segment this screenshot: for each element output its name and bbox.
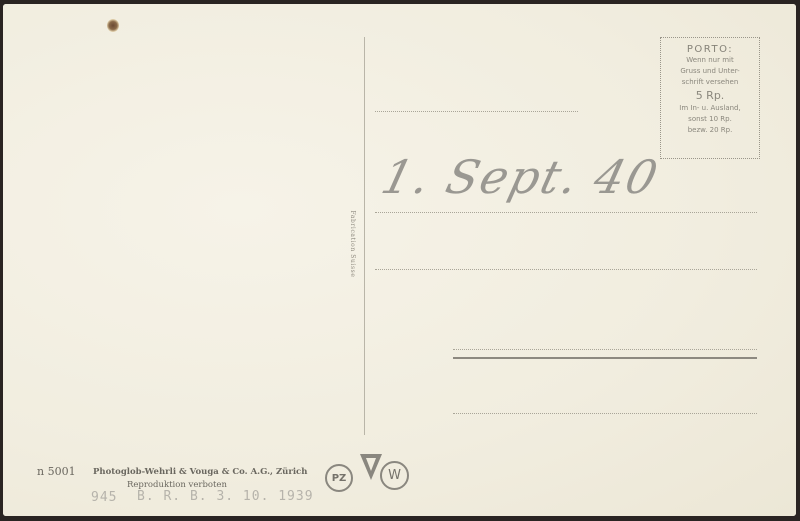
address-line-1 — [375, 111, 578, 112]
postcard-back: Fabrication Suisse PORTO: Wenn nur mit G… — [3, 4, 796, 516]
stamp-box: PORTO: Wenn nur mit Gruss und Unter- sch… — [660, 37, 760, 159]
porto-line: Wenn nur mit — [661, 55, 759, 66]
censor-stamp: B. R. B. 3. 10. 1939 — [137, 489, 314, 504]
address-line-3 — [375, 269, 757, 270]
porto-line: Gruss und Unter- — [661, 66, 759, 77]
address-line-4 — [453, 349, 757, 350]
stain-mark — [107, 19, 119, 32]
w-logo-icon: W — [380, 461, 409, 490]
porto-line: sonst 10 Rp. — [661, 114, 759, 125]
center-divider-line — [364, 37, 365, 435]
porto-price: 5 Rp. — [661, 89, 759, 102]
censor-number: 945 — [91, 490, 117, 505]
address-line-5 — [453, 413, 757, 414]
card-number: n 5001 — [37, 465, 76, 478]
address-line-2 — [375, 212, 757, 213]
pz-logo-icon: PZ — [325, 464, 353, 492]
porto-title: PORTO: — [661, 44, 759, 55]
porto-line: Im In- u. Ausland, — [661, 103, 759, 114]
porto-line: bezw. 20 Rp. — [661, 125, 759, 136]
handwritten-date: 1. Sept. 40 — [376, 150, 664, 204]
address-underline — [453, 357, 757, 359]
publisher-name: Photoglob-Wehrli & Vouga & Co. A.G., Zür… — [93, 467, 307, 477]
porto-line: schrift versehen — [661, 77, 759, 88]
v-triangle-logo-icon — [360, 454, 382, 480]
